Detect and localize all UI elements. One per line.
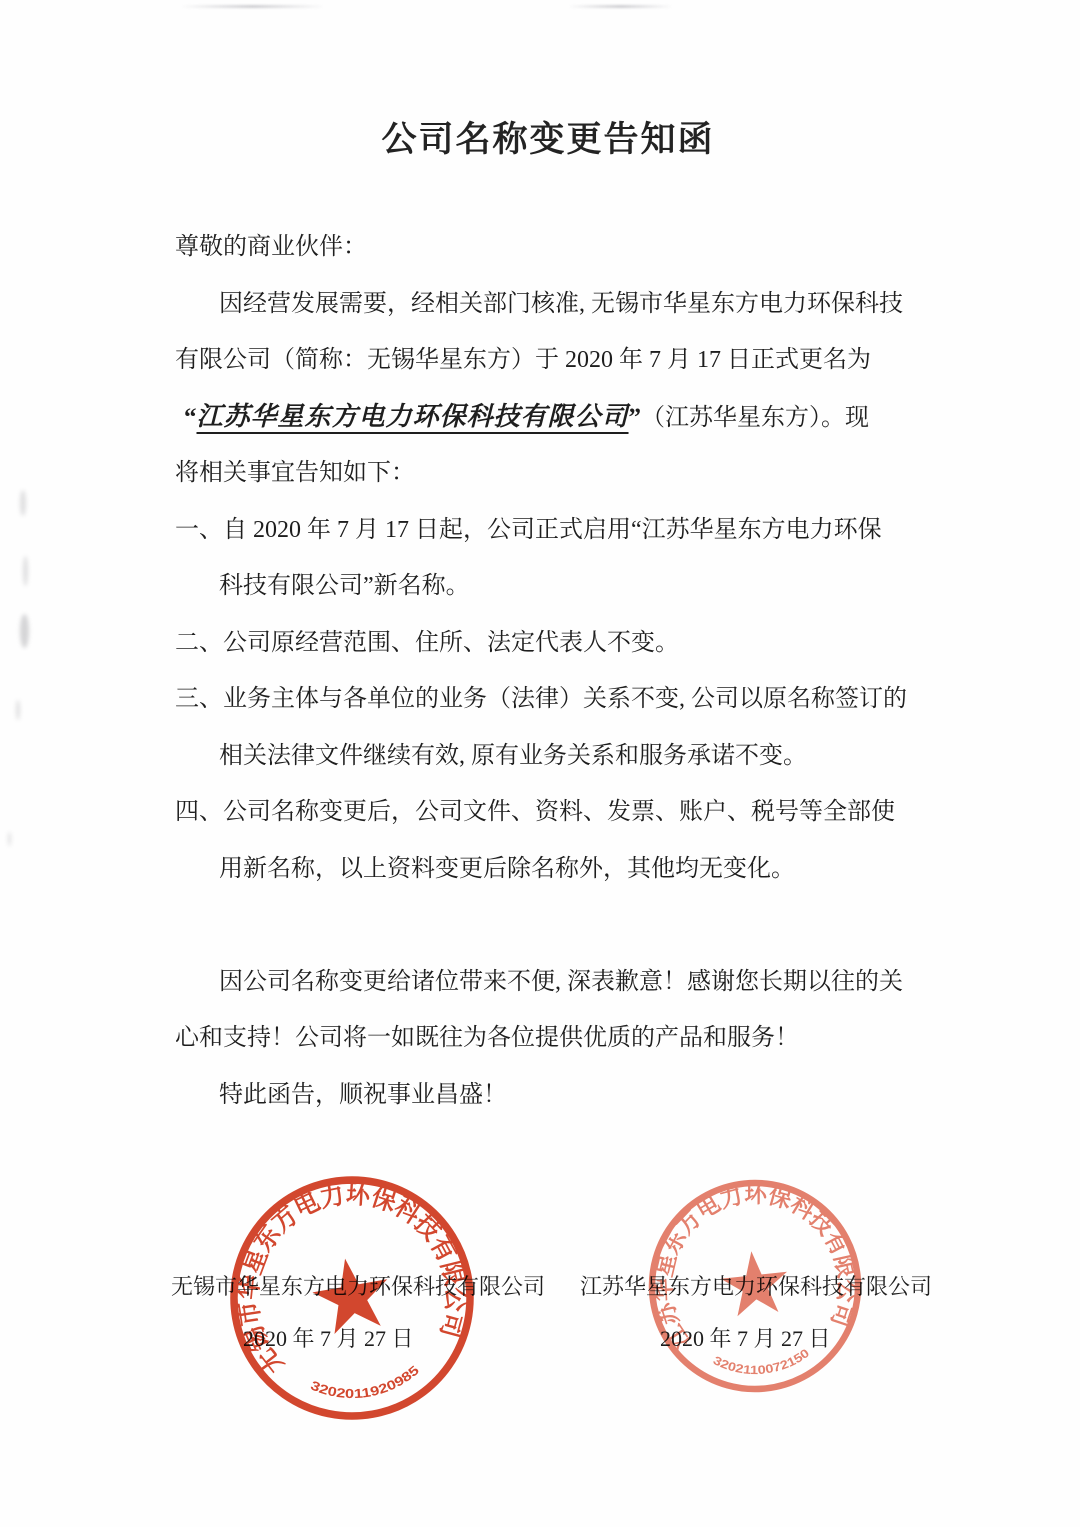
page-title: 公司名称变更告知函 (8, 112, 1080, 162)
list-item-4: 四、公司名称变更后，公司文件、资料、发票、账户、税号等全部使 (175, 784, 935, 841)
scan-artifact (20, 614, 29, 648)
letter-body: 尊敬的商业伙伴： 因经营发展需要，经相关部门核准, 无锡市华星东方电力环保科技 … (175, 219, 935, 1123)
closing-line: 特此函告，顺祝事业昌盛！ (175, 1067, 935, 1124)
body-line: 有限公司（简称：无锡华星东方）于 2020 年 7 月 17 日正式更名为 (175, 332, 935, 389)
star-icon (308, 1252, 395, 1336)
list-item-1-cont: 科技有限公司”新名称。 (175, 558, 935, 615)
list-item-4-cont: 用新名称，以上资料变更后除名称外，其他均无变化。 (175, 841, 935, 898)
salutation: 尊敬的商业伙伴： (175, 219, 935, 276)
scan-artifact (16, 700, 20, 720)
scan-artifact (23, 556, 28, 586)
company-seal-right: 江苏华星东方电力环保科技有限公司 3202110072150 (631, 1162, 879, 1410)
list-item-1: 一、自 2020 年 7 月 17 日起，公司正式启用“江苏华星东方电力环保 (175, 502, 935, 559)
star-icon (718, 1248, 791, 1318)
quote-open: “ (184, 404, 197, 431)
list-item-3: 三、业务主体与各单位的业务（法律）关系不变, 公司以原名称签订的 (175, 671, 935, 728)
list-item-3-cont: 相关法律文件继续有效, 原有业务关系和服务承诺不变。 (175, 728, 935, 785)
scan-artifact (8, 832, 11, 846)
body-line: 因经营发展需要，经相关部门核准, 无锡市华星东方电力环保科技 (175, 276, 935, 333)
quote-close: ” (629, 404, 642, 431)
body-line: 将相关事宜告知如下： (175, 445, 935, 502)
company-seal-left: 无锡市华星东方电力环保科技有限公司 3202011920985 (196, 1142, 509, 1455)
scan-artifact (20, 490, 26, 516)
new-company-name-emphasized: 江苏华星东方电力环保科技有限公司 (197, 402, 629, 431)
body-line-rest: （江苏华星东方）。现 (641, 405, 869, 431)
letter-page: 公司名称变更告知函 /* title bound below via data-… (0, 0, 1080, 1527)
scan-artifact (180, 5, 325, 8)
list-item-2: 二、公司原经营范围、住所、法定代表人不变。 (175, 615, 935, 672)
closing-line: 心和支持！公司将一如既往为各位提供优质的产品和服务！ (175, 1010, 935, 1067)
closing-line: 因公司名称变更给诸位带来不便, 深表歉意！感谢您长期以往的关 (175, 954, 935, 1011)
body-line-new-name: “江苏华星东方电力环保科技有限公司”（江苏华星东方）。现 (175, 389, 935, 446)
scan-artifact (568, 5, 673, 8)
blank-line (175, 897, 935, 954)
